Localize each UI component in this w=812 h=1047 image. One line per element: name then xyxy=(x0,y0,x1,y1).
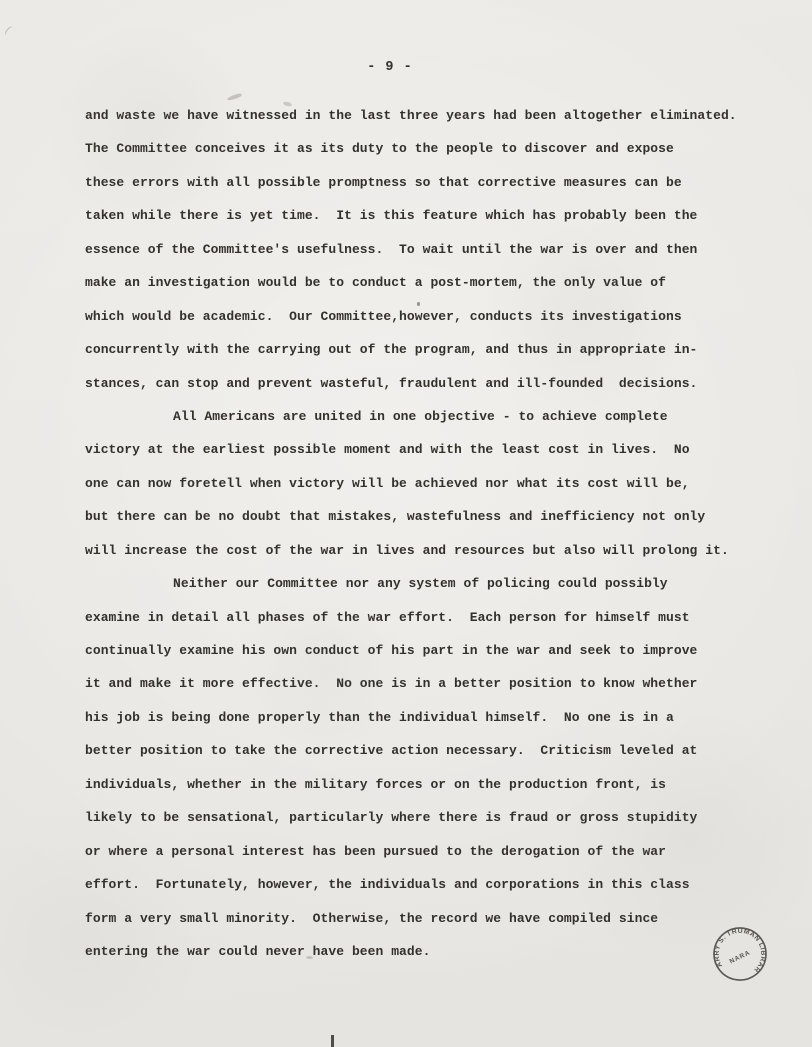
text-line: effort. Fortunately, however, the indivi… xyxy=(85,868,775,901)
text-line: stances, can stop and prevent wasteful, … xyxy=(85,367,775,400)
text-line: Neither our Committee nor any system of … xyxy=(85,567,775,600)
text-line: or where a personal interest has been pu… xyxy=(85,835,775,868)
text-line: examine in detail all phases of the war … xyxy=(85,601,775,634)
scan-edge-mark xyxy=(331,1035,334,1047)
text-line: one can now foretell when victory will b… xyxy=(85,467,775,500)
text-line: better position to take the corrective a… xyxy=(85,734,775,767)
stamp-center-label: NARA xyxy=(729,949,752,965)
text-line: All Americans are united in one objectiv… xyxy=(85,400,775,433)
text-line: entering the war could never have been m… xyxy=(85,935,775,968)
text-line: make an investigation would be to conduc… xyxy=(85,266,775,299)
text-line: form a very small minority. Otherwise, t… xyxy=(85,902,775,935)
text-line: concurrently with the carrying out of th… xyxy=(85,333,775,366)
text-line: continually examine his own conduct of h… xyxy=(85,634,775,667)
text-line: essence of the Committee's usefulness. T… xyxy=(85,233,775,266)
text-line: will increase the cost of the war in liv… xyxy=(85,534,775,567)
text-line: taken while there is yet time. It is thi… xyxy=(85,199,775,232)
text-line: it and make it more effective. No one is… xyxy=(85,667,775,700)
text-line: and waste we have witnessed in the last … xyxy=(85,99,775,132)
text-line: victory at the earliest possible moment … xyxy=(85,433,775,466)
text-line: his job is being done properly than the … xyxy=(85,701,775,734)
text-line: individuals, whether in the military for… xyxy=(85,768,775,801)
paper-speck xyxy=(4,25,19,40)
text-line: The Committee conceives it as its duty t… xyxy=(85,132,775,165)
text-line: which would be academic. Our Committee,h… xyxy=(85,300,775,333)
text-line: but there can be no doubt that mistakes,… xyxy=(85,500,775,533)
truman-library-stamp: HARRY S. TRUMAN LIBRARY NARA xyxy=(705,919,774,988)
page-number: - 9 - xyxy=(0,60,796,75)
text-line: these errors with all possible promptnes… xyxy=(85,166,775,199)
document-text: and waste we have witnessed in the last … xyxy=(85,99,775,968)
document-page: - 9 - and waste we have witnessed in the… xyxy=(0,0,812,1047)
text-line: likely to be sensational, particularly w… xyxy=(85,801,775,834)
